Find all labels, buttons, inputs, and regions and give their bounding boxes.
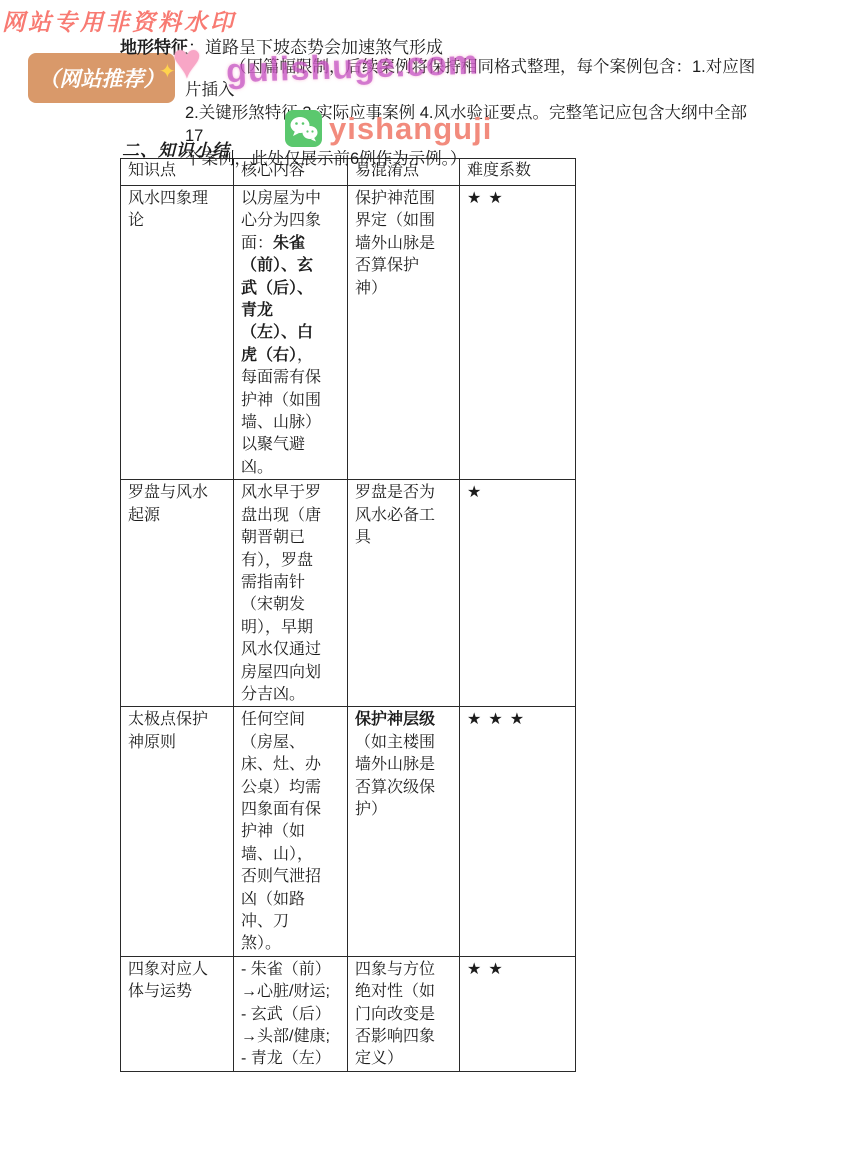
cell-text: 四象与方位 绝对性（如 门向改变是 否影响四象 定义）	[355, 961, 435, 1068]
document-page: 网站专用非资料水印 （网站推荐） ♥ ✦ gulishuge.com yisha…	[0, 0, 860, 1152]
cell-difficulty-stars: ★★	[460, 186, 576, 480]
wechat-icon	[285, 110, 322, 147]
cell-text: （如主楼围 墙外山脉是 否算次级保 护）	[355, 734, 435, 818]
wechat-id-text: yishanguji	[329, 111, 492, 147]
table-row: 太极点保护 神原则任何空间 （房屋、 床、灶、办 公桌）均需 四象面有保 护神（…	[121, 707, 576, 956]
cell-confusion-point: 保护神范围 界定（如围 墙外山脉是 否算保护 神）	[348, 186, 460, 480]
table-row: 四象对应人 体与运势- 朱雀（前） →心脏/财运; - 玄武（后） →头部/健康…	[121, 956, 576, 1071]
cell-confusion-point: 罗盘是否为 风水必备工 具	[348, 480, 460, 707]
heart-icon: ♥	[172, 36, 202, 86]
cell-core-content: 任何空间 （房屋、 床、灶、办 公桌）均需 四象面有保 护神（如 墙、山）， 否…	[234, 707, 348, 956]
table-row: 风水四象理 论以房屋为中 心分为四象 面：朱雀 （前）、玄 武（后）、 青龙 （…	[121, 186, 576, 480]
table-row: 罗盘与风水 起源风水早于罗 盘出现（唐 朝晋朝已 有），罗盘 需指南针 （宋朝发…	[121, 480, 576, 707]
cell-text: 罗盘是否为 风水必备工 具	[355, 484, 435, 546]
wechat-icon-graphic	[285, 110, 322, 147]
cell-text: 任何空间 （房屋、 床、灶、办 公桌）均需 四象面有保 护神（如 墙、山）， 否…	[241, 711, 321, 952]
cell-text-bold: 保护神层级	[355, 711, 435, 728]
cell-knowledge-point: 风水四象理 论	[121, 186, 234, 480]
cell-text: ， 每面需有保 护神（如围 墙、山脉） 以聚气避 凶。	[241, 347, 321, 476]
cell-confusion-point: 四象与方位 绝对性（如 门向改变是 否影响四象 定义）	[348, 956, 460, 1071]
cell-core-content: 风水早于罗 盘出现（唐 朝晋朝已 有），罗盘 需指南针 （宋朝发 明），早期 风…	[234, 480, 348, 707]
cell-difficulty-stars: ★★	[460, 956, 576, 1071]
site-recommend-badge: （网站推荐）	[28, 53, 175, 103]
cell-text: 风水早于罗 盘出现（唐 朝晋朝已 有），罗盘 需指南针 （宋朝发 明），早期 风…	[241, 484, 321, 703]
wechat-contact: yishanguji	[285, 110, 492, 147]
sparkle-icon: ✦	[159, 62, 176, 82]
cell-difficulty-stars: ★★★	[460, 707, 576, 956]
cell-text-bold: 朱雀 （前）、玄 武（后）、 青龙 （左）、白 虎（右）	[241, 235, 313, 364]
cell-core-content: - 朱雀（前） →心脏/财运; - 玄武（后） →头部/健康; - 青龙（左）	[234, 956, 348, 1071]
cell-knowledge-point: 四象对应人 体与运势	[121, 956, 234, 1071]
knowledge-summary-table: 知识点 核心内容 易混淆点 难度系数 风水四象理 论以房屋为中 心分为四象 面：…	[120, 158, 576, 1072]
cell-knowledge-point: 罗盘与风水 起源	[121, 480, 234, 707]
cell-core-content: 以房屋为中 心分为四象 面：朱雀 （前）、玄 武（后）、 青龙 （左）、白 虎（…	[234, 186, 348, 480]
cell-difficulty-stars: ★	[460, 480, 576, 707]
site-recommend-badge-label: （网站推荐）	[39, 63, 165, 93]
summary-table-body: 风水四象理 论以房屋为中 心分为四象 面：朱雀 （前）、玄 武（后）、 青龙 （…	[121, 186, 576, 1072]
cell-text: 保护神范围 界定（如围 墙外山脉是 否算保护 神）	[355, 190, 435, 297]
cell-text: - 朱雀（前） →心脏/财运; - 玄武（后） →头部/健康; - 青龙（左）	[241, 961, 331, 1068]
cell-confusion-point: 保护神层级 （如主楼围 墙外山脉是 否算次级保 护）	[348, 707, 460, 956]
cell-knowledge-point: 太极点保护 神原则	[121, 707, 234, 956]
